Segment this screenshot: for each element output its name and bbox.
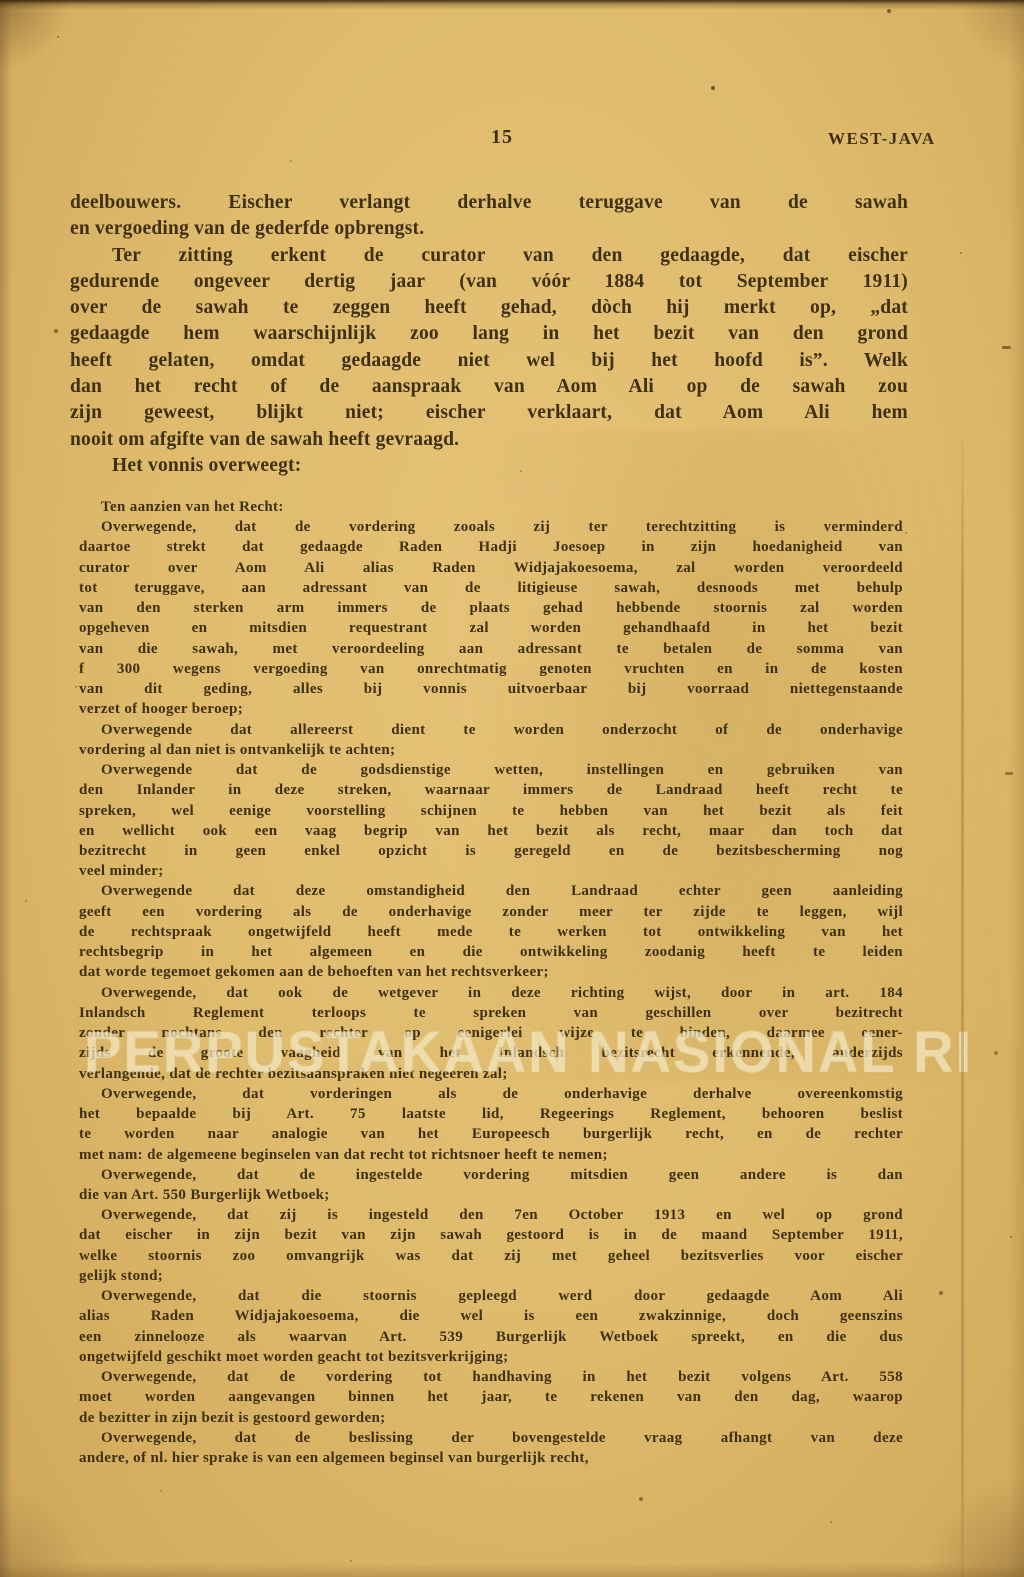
text-line: met nam: de algemeene beginselen van dat… bbox=[79, 1145, 903, 1165]
text-line: tot teruggave, aan adressant van de liti… bbox=[79, 578, 903, 598]
text-line: Het vonnis overweegt: bbox=[70, 453, 908, 479]
text-line: dat worde tegemoet gekomen aan de behoef… bbox=[79, 962, 903, 982]
text-line: curator over Aom Ali alias Raden Widjaja… bbox=[79, 558, 903, 578]
text-line: Ter zitting erkent de curator van den ge… bbox=[70, 243, 908, 269]
text-line: verzet of hooger beroep; bbox=[79, 699, 903, 719]
body-text-judgment: Ten aanzien van het Recht:Overwegende, d… bbox=[79, 497, 903, 1468]
text-line: rechtsbegrip in het algemeen en die ontw… bbox=[79, 942, 903, 962]
text-line: dat eischer in zijn bezit van zijn sawah… bbox=[79, 1225, 903, 1245]
page-number: 15 bbox=[491, 126, 513, 149]
body-text-intro: deelbouwers. Eischer verlangt derhalve t… bbox=[70, 190, 908, 479]
text-line: Overwegende, dat de vordering tot handha… bbox=[79, 1367, 903, 1387]
text-line: van dit geding, alles bij vonnis uitvoer… bbox=[79, 679, 903, 699]
text-line: de rechtspraak ongetwijfeld heeft mede t… bbox=[79, 922, 903, 942]
text-line: over de sawah te zeggen heeft gehad, dòc… bbox=[70, 295, 908, 321]
text-line: den Inlander in deze streken, waarnaar i… bbox=[79, 780, 903, 800]
text-line: veel minder; bbox=[79, 861, 903, 881]
text-line: ongetwijfeld geschikt moet worden geacht… bbox=[79, 1347, 903, 1367]
text-line: Overwegende, dat de vordering zooals zij… bbox=[79, 517, 903, 537]
text-line: Overwegende, dat die stoornis gepleegd w… bbox=[79, 1286, 903, 1306]
bottom-edge-shade bbox=[0, 1563, 1024, 1577]
text-line: welke stoornis zoo omvangrijk was dat zi… bbox=[79, 1246, 903, 1266]
text-line: te worden naar analogie van het Europees… bbox=[79, 1124, 903, 1144]
text-line: en wellicht ook een vaag begrip van het … bbox=[79, 821, 903, 841]
text-line: Overwegende dat allereerst dient te word… bbox=[79, 720, 903, 740]
text-line: gedurende ongeveer dertig jaar (van vóór… bbox=[70, 269, 908, 295]
text-line: alias Raden Widjajakoesoema, die wel is … bbox=[79, 1306, 903, 1326]
text-line: bezitrecht in geen enkel opzicht is gere… bbox=[79, 841, 903, 861]
text-line: Overwegende dat deze omstandigheid den L… bbox=[79, 881, 903, 901]
text-line: gedaagde hem waarschijnlijk zoo lang in … bbox=[70, 321, 908, 347]
text-line: f 300 wegens vergoeding van onrechtmatig… bbox=[79, 659, 903, 679]
text-line: Ten aanzien van het Recht: bbox=[79, 497, 903, 517]
text-line: nooit om afgifte van de sawah heeft gevr… bbox=[70, 427, 908, 453]
text-line: van die sawah, met veroordeeling aan adr… bbox=[79, 639, 903, 659]
text-line: Overwegende, dat ook de wetgever in deze… bbox=[79, 983, 903, 1003]
text-line: deelbouwers. Eischer verlangt derhalve t… bbox=[70, 190, 908, 216]
running-title: WEST-JAVA bbox=[828, 129, 936, 149]
scanned-document-page: 15 WEST-JAVA deelbouwers. Eischer verlan… bbox=[0, 0, 1024, 1577]
text-line: gelijk stond; bbox=[79, 1266, 903, 1286]
text-line: heeft gelaten, omdat gedaagde niet wel b… bbox=[70, 348, 908, 374]
text-line: Overwegende dat de godsdienstige wetten,… bbox=[79, 760, 903, 780]
page-crease-line bbox=[961, 420, 964, 1577]
text-line: andere, of nl. hier sprake is van een al… bbox=[79, 1448, 903, 1468]
text-line: Overwegende, dat zij is ingesteld den 7e… bbox=[79, 1205, 903, 1225]
text-line: en vergoeding van de gederfde opbrengst. bbox=[70, 216, 908, 242]
library-stamp-watermark: PERPUSTAKAAN NASIONAL RI bbox=[84, 1018, 1014, 1086]
text-line: die van Art. 550 Burgerlijk Wetboek; bbox=[79, 1185, 903, 1205]
text-line: Overwegende, dat de beslissing der boven… bbox=[79, 1428, 903, 1448]
text-line: dan het recht of de aanspraak van Aom Al… bbox=[70, 374, 908, 400]
text-line: moet worden aangevangen binnen het jaar,… bbox=[79, 1387, 903, 1407]
text-line: vordering al dan niet is ontvankelijk te… bbox=[79, 740, 903, 760]
right-edge-shade bbox=[1008, 0, 1024, 1577]
text-line: een zinnelooze als waarvan Art. 539 Burg… bbox=[79, 1327, 903, 1347]
text-line: zijn geweest, blijkt niet; eischer verkl… bbox=[70, 400, 908, 426]
text-line: de bezitter in zijn bezit is gestoord ge… bbox=[79, 1408, 903, 1428]
text-line: daartoe strekt dat gedaagde Raden Hadji … bbox=[79, 537, 903, 557]
text-line: spreken, wel eenige voorstelling schijne… bbox=[79, 801, 903, 821]
text-line: Overwegende, dat vorderingen als de onde… bbox=[79, 1084, 903, 1104]
text-line: het bepaalde bij Art. 75 laatste lid, Re… bbox=[79, 1104, 903, 1124]
paper-specks bbox=[0, 0, 2, 2]
text-line: geeft een vordering als de onderhavige z… bbox=[79, 902, 903, 922]
text-line: opgeheven en mitsdien requestrant zal wo… bbox=[79, 618, 903, 638]
text-line: van den sterken arm immers de plaats geh… bbox=[79, 598, 903, 618]
text-line: Overwegende, dat de ingestelde vordering… bbox=[79, 1165, 903, 1185]
